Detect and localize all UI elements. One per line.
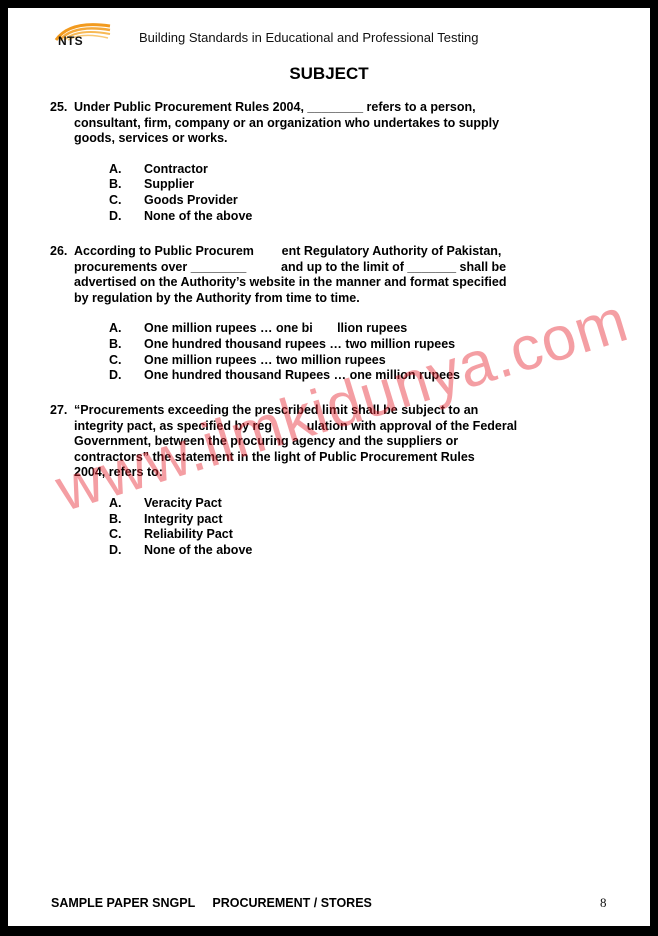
option-text: None of the above — [144, 543, 252, 559]
question-number: 27. — [50, 403, 67, 419]
logo-text: NTS — [58, 34, 83, 48]
option-letter: C. — [109, 527, 144, 543]
option: B.Supplier — [109, 177, 550, 193]
option: D.None of the above — [109, 209, 550, 225]
option: A.Veracity Pact — [109, 496, 570, 512]
option: A.One million rupees … one bi llion rupe… — [109, 321, 550, 337]
question-26: 26. According to Public Procurem ent Reg… — [50, 244, 550, 384]
option: C.Reliability Pact — [109, 527, 570, 543]
option-letter: A. — [109, 321, 144, 337]
question-text: Under Public Procurement Rules 2004, ___… — [74, 100, 550, 147]
option-text: Reliability Pact — [144, 527, 233, 543]
option-letter: B. — [109, 177, 144, 193]
options-list: A.Veracity Pact B.Integrity pact C.Relia… — [109, 496, 570, 558]
option-text: One hundred thousand rupees … two millio… — [144, 337, 455, 353]
question-number: 25. — [50, 100, 67, 116]
option-text: Contractor — [144, 162, 208, 178]
option-letter: A. — [109, 496, 144, 512]
option: B.One hundred thousand rupees … two mill… — [109, 337, 550, 353]
header-tagline: Building Standards in Educational and Pr… — [139, 30, 478, 45]
option-text: Veracity Pact — [144, 496, 222, 512]
nts-logo: NTS — [52, 18, 112, 52]
options-list: A.Contractor B.Supplier C.Goods Provider… — [109, 162, 550, 224]
option: B.Integrity pact — [109, 512, 570, 528]
document-page: NTS Building Standards in Educational an… — [8, 8, 650, 926]
option-letter: B. — [109, 337, 144, 353]
question-25: 25. Under Public Procurement Rules 2004,… — [50, 100, 550, 224]
option-letter: D. — [109, 543, 144, 559]
footer-title: SAMPLE PAPER SNGPL PROCUREMENT / STORES — [51, 896, 372, 910]
option-text: One million rupees … one bi llion rupees — [144, 321, 407, 337]
page-number: 8 — [600, 895, 607, 911]
options-list: A.One million rupees … one bi llion rupe… — [109, 321, 550, 383]
option-letter: B. — [109, 512, 144, 528]
option: C.Goods Provider — [109, 193, 550, 209]
option-text: None of the above — [144, 209, 252, 225]
option: D.One hundred thousand Rupees … one mill… — [109, 368, 550, 384]
option: C.One million rupees … two million rupee… — [109, 353, 550, 369]
option: A.Contractor — [109, 162, 550, 178]
option-letter: C. — [109, 353, 144, 369]
option-text: One million rupees … two million rupees — [144, 353, 386, 369]
question-text: According to Public Procurem ent Regulat… — [74, 244, 550, 306]
option-letter: D. — [109, 368, 144, 384]
option-text: Supplier — [144, 177, 194, 193]
option-letter: D. — [109, 209, 144, 225]
option: D.None of the above — [109, 543, 570, 559]
option-text: Goods Provider — [144, 193, 238, 209]
page-title: SUBJECT — [8, 64, 650, 84]
option-text: One hundred thousand Rupees … one millio… — [144, 368, 460, 384]
option-letter: A. — [109, 162, 144, 178]
option-text: Integrity pact — [144, 512, 223, 528]
option-letter: C. — [109, 193, 144, 209]
question-number: 26. — [50, 244, 67, 260]
question-text: “Procurements exceeding the prescribed l… — [74, 403, 570, 481]
question-27: 27. “Procurements exceeding the prescrib… — [50, 403, 570, 558]
